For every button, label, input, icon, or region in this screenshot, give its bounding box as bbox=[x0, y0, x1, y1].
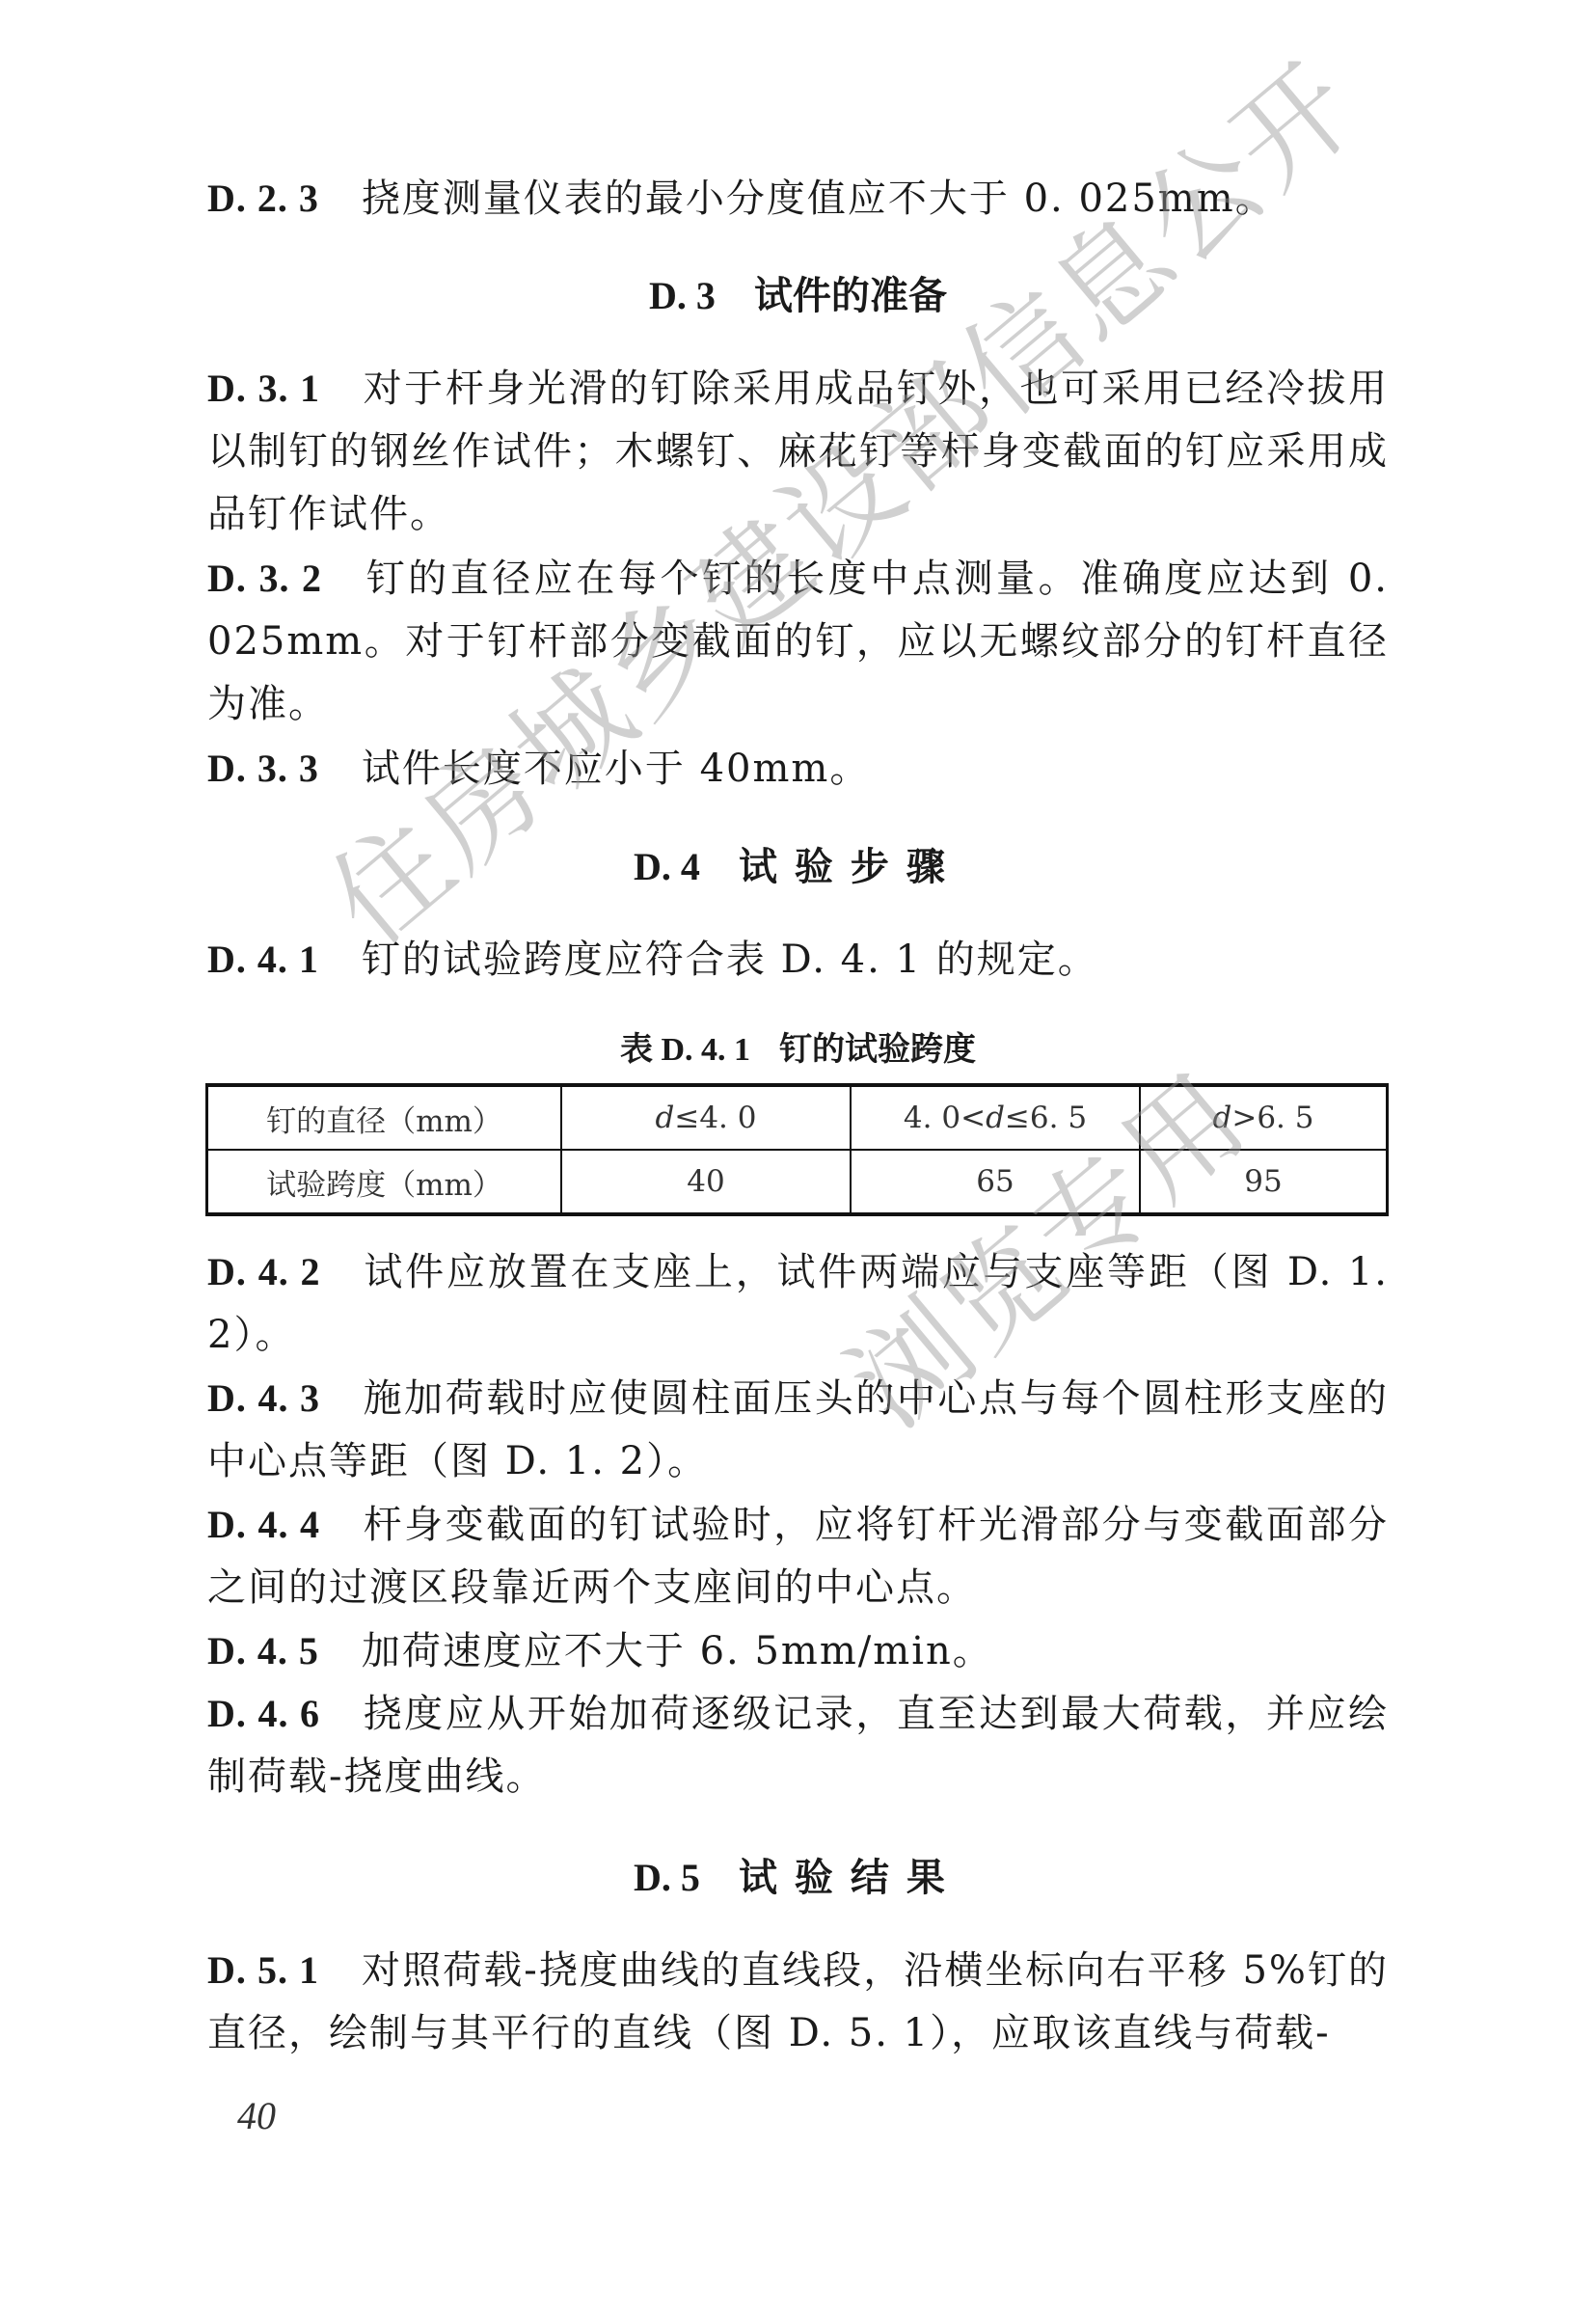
clause-text: 钉的直径应在每个钉的长度中点测量。准确度应达到 0. 025mm。对于钉杆部分变… bbox=[207, 557, 1389, 726]
section-heading-d-3: D. 3试件的准备 bbox=[0, 265, 1596, 320]
clause-text: 挠度应从开始加荷逐级记录，直至达到最大荷载，并应绘制荷载-挠度曲线。 bbox=[207, 1692, 1389, 1799]
section-number: D. 5 bbox=[634, 1856, 700, 1899]
section-heading-d-4: D. 4试验步骤 bbox=[0, 836, 1596, 891]
table-title: 钉的试验跨度 bbox=[779, 1030, 976, 1069]
section-number: D. 3 bbox=[649, 274, 716, 317]
table-row-diameter: 钉的直径（mm） d≤4. 0 4. 0<d≤6. 5 d>6. 5 bbox=[207, 1085, 1388, 1150]
table-number: 表 D. 4. 1 bbox=[620, 1032, 750, 1068]
table-row-span: 试验跨度（mm） 40 65 95 bbox=[207, 1150, 1388, 1214]
clause-number: D. 4. 5 bbox=[207, 1629, 319, 1672]
table-cell: 40 bbox=[561, 1150, 851, 1214]
clause-d-3-1: D. 3. 1对于杆身光滑的钉除采用成品钉外，也可采用已经冷拔用以制钉的钢丝作试… bbox=[207, 357, 1389, 546]
clause-text: 挠度测量仪表的最小分度值应不大于 0. 025mm。 bbox=[362, 177, 1276, 221]
clause-d-4-6: D. 4. 6挠度应从开始加荷逐级记录，直至达到最大荷载，并应绘制荷载-挠度曲线… bbox=[207, 1682, 1389, 1808]
section-number: D. 4 bbox=[634, 845, 700, 888]
clause-d-4-5: D. 4. 5加荷速度应不大于 6. 5mm/min。 bbox=[207, 1619, 1389, 1683]
table-cell: 4. 0<d≤6. 5 bbox=[851, 1085, 1140, 1150]
document-page: D. 2. 3挠度测量仪表的最小分度值应不大于 0. 025mm。 D. 3试件… bbox=[0, 0, 1596, 2311]
clause-number: D. 4. 2 bbox=[207, 1250, 321, 1293]
clause-d-5-1: D. 5. 1对照荷载-挠度曲线的直线段，沿横坐标向右平移 5%钉的直径，绘制与… bbox=[207, 1939, 1389, 2065]
clause-text: 试件应放置在支座上，试件两端应与支座等距（图 D. 1. 2）。 bbox=[207, 1250, 1389, 1357]
clause-number: D. 4. 3 bbox=[207, 1376, 320, 1420]
section-title: 试件的准备 bbox=[754, 274, 947, 318]
clause-number: D. 3. 2 bbox=[207, 557, 322, 600]
table-cell: d≤4. 0 bbox=[561, 1085, 851, 1150]
row-label: 试验跨度（mm） bbox=[207, 1150, 562, 1214]
clause-text: 加荷速度应不大于 6. 5mm/min。 bbox=[362, 1629, 993, 1673]
clause-number: D. 2. 3 bbox=[207, 177, 319, 220]
clause-d-4-4: D. 4. 4杆身变截面的钉试验时，应将钉杆光滑部分与变截面部分之间的过渡区段靠… bbox=[207, 1493, 1389, 1619]
table-cell: d>6. 5 bbox=[1140, 1085, 1388, 1150]
page-number: 40 bbox=[237, 2093, 276, 2138]
clause-number: D. 5. 1 bbox=[207, 1948, 319, 1992]
section-heading-d-5: D. 5试验结果 bbox=[0, 1847, 1596, 1902]
clause-number: D. 4. 6 bbox=[207, 1692, 320, 1735]
clause-text: 对于杆身光滑的钉除采用成品钉外，也可采用已经冷拔用以制钉的钢丝作试件；木螺钉、麻… bbox=[207, 367, 1389, 536]
clause-text: 试件长度不应小于 40mm。 bbox=[362, 747, 870, 791]
clause-number: D. 4. 1 bbox=[207, 938, 319, 981]
clause-text: 对照荷载-挠度曲线的直线段，沿横坐标向右平移 5%钉的直径，绘制与其平行的直线（… bbox=[207, 1948, 1389, 2055]
clause-number: D. 3. 1 bbox=[207, 367, 320, 410]
test-span-table: 钉的直径（mm） d≤4. 0 4. 0<d≤6. 5 d>6. 5 试验跨度（… bbox=[205, 1083, 1389, 1216]
row-label: 钉的直径（mm） bbox=[207, 1085, 562, 1150]
table-caption: 表 D. 4. 1钉的试验跨度 bbox=[0, 1022, 1596, 1070]
clause-d-4-1: D. 4. 1钉的试验跨度应符合表 D. 4. 1 的规定。 bbox=[207, 928, 1389, 992]
section-title: 试验结果 bbox=[739, 1856, 962, 1900]
clause-text: 施加荷载时应使圆柱面压头的中心点与每个圆柱形支座的中心点等距（图 D. 1. 2… bbox=[207, 1376, 1389, 1483]
clause-d-4-2: D. 4. 2试件应放置在支座上，试件两端应与支座等距（图 D. 1. 2）。 bbox=[207, 1240, 1389, 1367]
clause-text: 杆身变截面的钉试验时，应将钉杆光滑部分与变截面部分之间的过渡区段靠近两个支座间的… bbox=[207, 1503, 1389, 1610]
clause-d-3-2: D. 3. 2钉的直径应在每个钉的长度中点测量。准确度应达到 0. 025mm。… bbox=[207, 547, 1389, 736]
clause-text: 钉的试验跨度应符合表 D. 4. 1 的规定。 bbox=[362, 938, 1098, 982]
section-title: 试验步骤 bbox=[739, 845, 962, 889]
clause-d-3-3: D. 3. 3试件长度不应小于 40mm。 bbox=[207, 737, 1389, 801]
clause-d-2-3: D. 2. 3挠度测量仪表的最小分度值应不大于 0. 025mm。 bbox=[207, 167, 1389, 231]
clause-number: D. 4. 4 bbox=[207, 1503, 320, 1546]
table-cell: 65 bbox=[851, 1150, 1140, 1214]
clause-d-4-3: D. 4. 3施加荷载时应使圆柱面压头的中心点与每个圆柱形支座的中心点等距（图 … bbox=[207, 1367, 1389, 1493]
clause-number: D. 3. 3 bbox=[207, 747, 319, 790]
table-cell: 95 bbox=[1140, 1150, 1388, 1214]
